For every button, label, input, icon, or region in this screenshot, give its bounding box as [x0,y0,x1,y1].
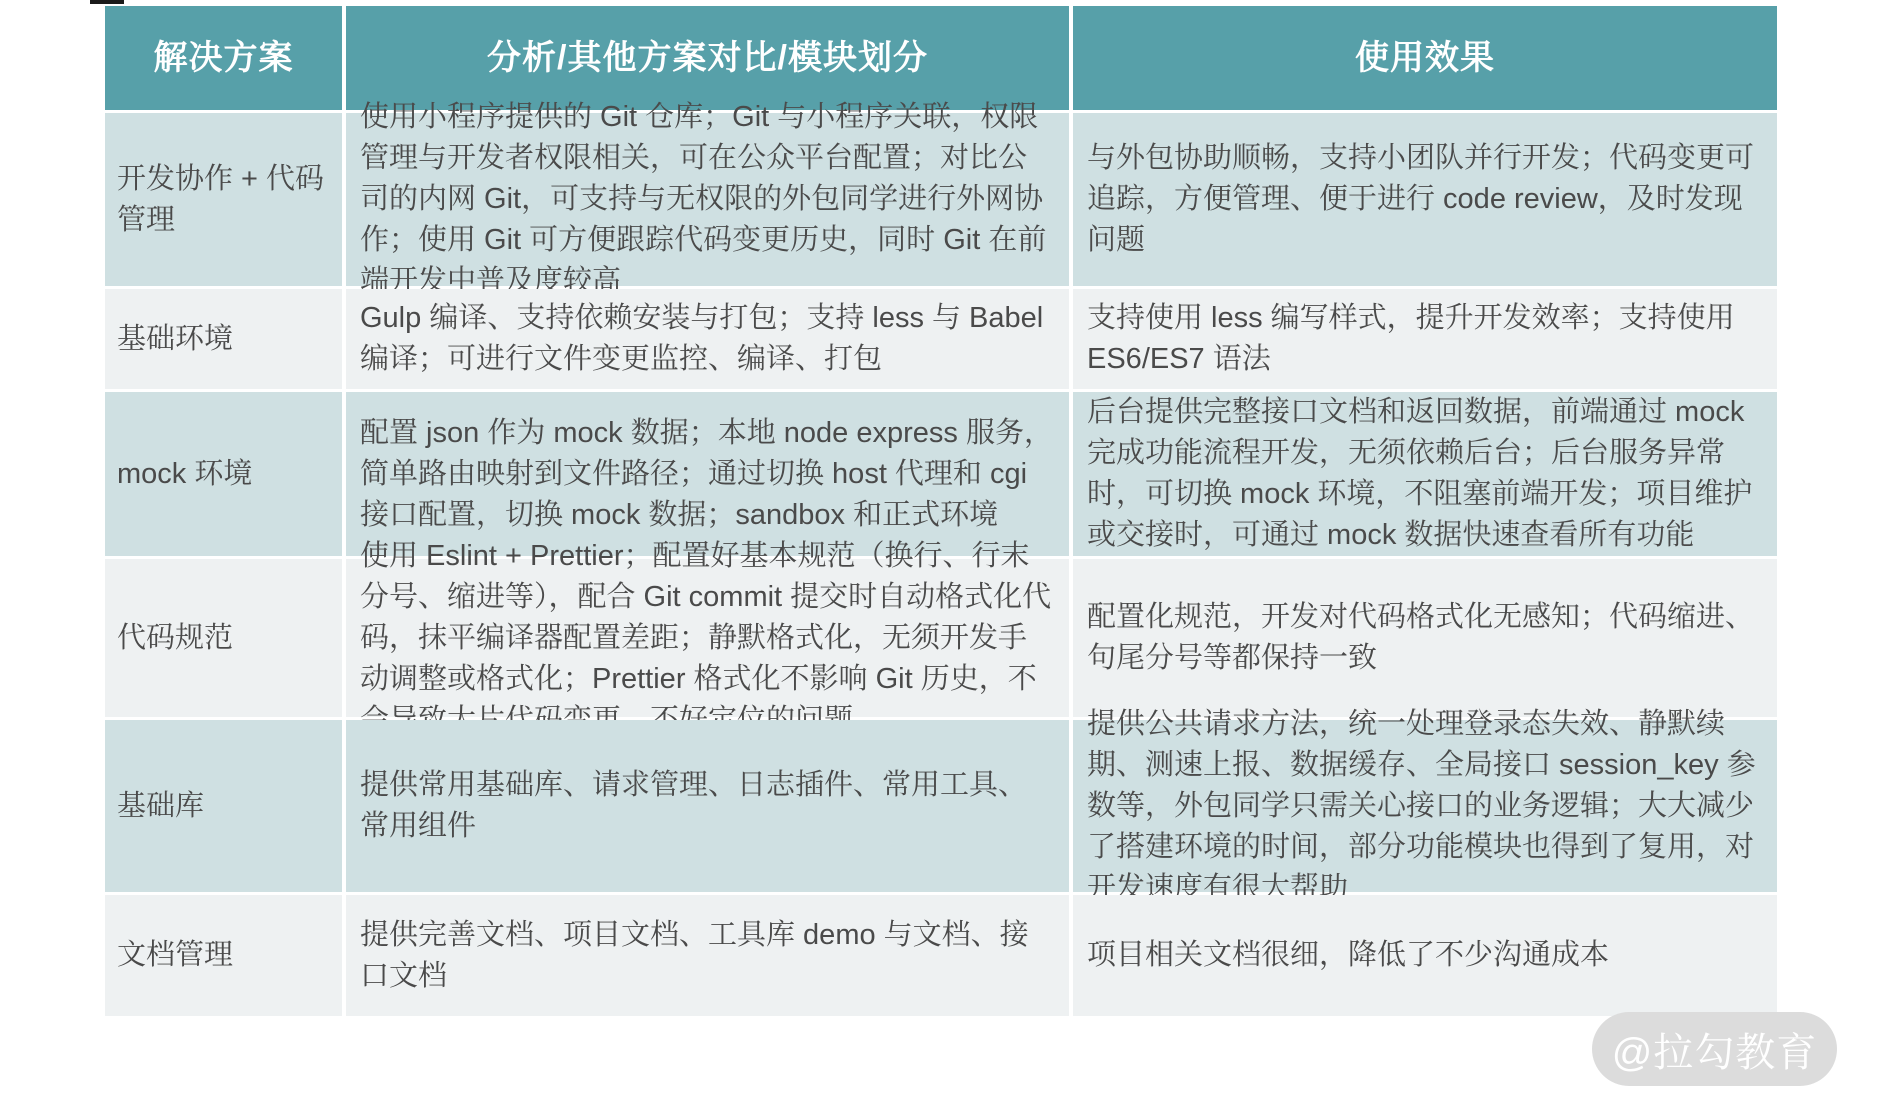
row-3-analysis-text: 配置 json 作为 mock 数据；本地 node express 服务，简单… [360,413,1055,536]
table-row-1-solution-cell: 开发协作 + 代码管理 [105,113,342,286]
page-canvas: 解决方案 分析/其他方案对比/模块划分 使用效果 开发协作 + 代码管理 使用小… [0,0,1880,1111]
table-row-3-solution-cell: mock 环境 [105,392,342,556]
row-4-analysis-text: 使用 Eslint + Prettier；配置好基本规范（换行、行末分号、缩进等… [360,536,1055,741]
top-left-artifact [90,0,124,4]
row-3-solution-label: mock 环境 [117,454,252,495]
header-solution: 解决方案 [105,6,342,110]
table-row-6-effect-cell: 项目相关文档很细，降低了不少沟通成本 [1073,895,1777,1016]
table-row-5-analysis-cell: 提供常用基础库、请求管理、日志插件、常用工具、常用组件 [346,720,1069,892]
row-1-effect-text: 与外包协助顺畅，支持小团队并行开发；代码变更可追踪，方便管理、便于进行 code… [1087,138,1763,261]
row-2-effect-text: 支持使用 less 编写样式，提升开发效率；支持使用 ES6/ES7 语法 [1087,298,1763,380]
row-2-analysis-text: Gulp 编译、支持依赖安装与打包；支持 less 与 Babel 编译；可进行… [360,298,1055,380]
header-analysis-label: 分析/其他方案对比/模块划分 [487,38,928,79]
header-solution-label: 解决方案 [154,38,294,79]
row-4-effect-text: 配置化规范，开发对代码格式化无感知；代码缩进、句尾分号等都保持一致 [1087,597,1763,679]
table-row-2-solution-cell: 基础环境 [105,289,342,389]
table-row-1-analysis-cell: 使用小程序提供的 Git 仓库；Git 与小程序关联，权限管理与开发者权限相关，… [346,113,1069,286]
row-6-effect-text: 项目相关文档很细，降低了不少沟通成本 [1087,935,1609,976]
table-row-1-effect-cell: 与外包协助顺畅，支持小团队并行开发；代码变更可追踪，方便管理、便于进行 code… [1073,113,1777,286]
row-6-analysis-text: 提供完善文档、项目文档、工具库 demo 与文档、接口文档 [360,915,1055,997]
solution-comparison-table: 解决方案 分析/其他方案对比/模块划分 使用效果 开发协作 + 代码管理 使用小… [105,6,1777,1016]
table-row-3-effect-cell: 后台提供完整接口文档和返回数据，前端通过 mock 完成功能流程开发，无须依赖后… [1073,392,1777,556]
table-row-4-solution-cell: 代码规范 [105,559,342,717]
row-3-effect-text: 后台提供完整接口文档和返回数据，前端通过 mock 完成功能流程开发，无须依赖后… [1087,392,1763,556]
row-6-solution-label: 文档管理 [117,935,233,976]
row-1-analysis-text: 使用小程序提供的 Git 仓库；Git 与小程序关联，权限管理与开发者权限相关，… [360,97,1055,302]
table-row-2-analysis-cell: Gulp 编译、支持依赖安装与打包；支持 less 与 Babel 编译；可进行… [346,289,1069,389]
table-row-3-analysis-cell: 配置 json 作为 mock 数据；本地 node express 服务，简单… [346,392,1069,556]
table-row-4-analysis-cell: 使用 Eslint + Prettier；配置好基本规范（换行、行末分号、缩进等… [346,559,1069,717]
lagou-watermark-badge: @拉勾教育 [1592,1012,1837,1086]
lagou-watermark-label: @拉勾教育 [1612,1021,1818,1078]
table-row-5-solution-cell: 基础库 [105,720,342,892]
row-5-solution-label: 基础库 [117,786,204,827]
table-row-2-effect-cell: 支持使用 less 编写样式，提升开发效率；支持使用 ES6/ES7 语法 [1073,289,1777,389]
table-row-6-analysis-cell: 提供完善文档、项目文档、工具库 demo 与文档、接口文档 [346,895,1069,1016]
header-effect-label: 使用效果 [1355,38,1495,79]
row-2-solution-label: 基础环境 [117,319,233,360]
table-row-4-effect-cell: 配置化规范，开发对代码格式化无感知；代码缩进、句尾分号等都保持一致 [1073,559,1777,717]
row-5-effect-text: 提供公共请求方法，统一处理登录态失效、静默续期、测速上报、数据缓存、全局接口 s… [1087,704,1763,909]
row-1-solution-label: 开发协作 + 代码管理 [117,159,332,241]
table-row-6-solution-cell: 文档管理 [105,895,342,1016]
table-row-5-effect-cell: 提供公共请求方法，统一处理登录态失效、静默续期、测速上报、数据缓存、全局接口 s… [1073,720,1777,892]
row-4-solution-label: 代码规范 [117,618,233,659]
header-effect: 使用效果 [1073,6,1777,110]
header-analysis: 分析/其他方案对比/模块划分 [346,6,1069,110]
row-5-analysis-text: 提供常用基础库、请求管理、日志插件、常用工具、常用组件 [360,765,1055,847]
